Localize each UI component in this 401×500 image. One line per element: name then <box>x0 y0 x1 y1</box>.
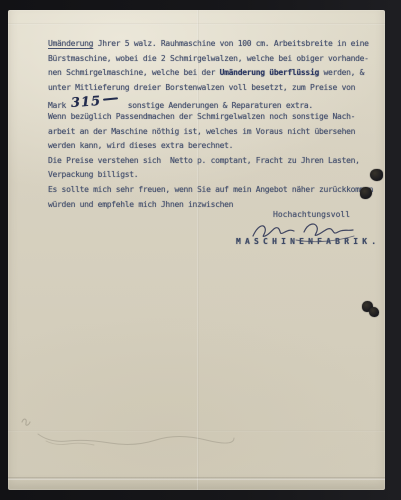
pencil-annotation <box>16 412 246 457</box>
handwritten-amount: 315 <box>70 94 101 111</box>
letter-line-11: Es sollte mich sehr freuen, wenn Sie auf… <box>48 185 383 200</box>
letter-line-8: werden kann, wird dieses extra berechnet… <box>48 141 383 156</box>
closing-salutation: Hochachtungsvoll <box>273 210 350 219</box>
paper-crease <box>8 477 385 480</box>
letter-line-3: nen Schmirgelmaschine, welche bei der Um… <box>48 68 383 83</box>
underlined-word: Umänderung <box>48 39 93 48</box>
ink-blot <box>370 169 383 181</box>
letter-line-10: Verpackung billigst. <box>48 170 383 185</box>
letter-body: Umänderung Jhrer 5 walz. Rauhmaschine vo… <box>48 39 383 214</box>
letter-line-3-pre: nen Schmirgelmaschine, welche bei der <box>48 68 220 77</box>
letter-line-6: Wenn bezüglich Passendmachen der Schmirg… <box>48 112 383 127</box>
paper-crease <box>8 23 385 25</box>
letter-line-5-post: sonstige Aenderungen & Reparaturen extra… <box>119 101 313 110</box>
emphasized-words: Umänderung überflüssig <box>220 68 319 77</box>
handwritten-dash <box>103 98 118 102</box>
company-name: MASCHINENFABRIK. <box>236 237 380 246</box>
letter-line-2: Bürstmaschine, wobei die 2 Schmirgelwalz… <box>48 54 383 69</box>
letter-line-5: Mark 315 sonstige Aenderungen & Reparatu… <box>48 97 383 112</box>
letter-line-3-post: werden, & <box>319 68 364 77</box>
letter-paper: Umänderung Jhrer 5 walz. Rauhmaschine vo… <box>8 10 385 490</box>
ink-blot <box>369 307 379 317</box>
letter-line-1-rest: Jhrer 5 walz. Rauhmaschine von 100 cm. A… <box>93 39 369 48</box>
letter-line-5-pre: Mark <box>48 101 71 110</box>
letter-line-7: arbeit an der Maschine nöthig ist, welch… <box>48 127 383 142</box>
letter-line-9: Die Preise verstehen sich Netto p. compt… <box>48 156 383 171</box>
photo-background: Umänderung Jhrer 5 walz. Rauhmaschine vo… <box>0 0 401 500</box>
letter-line-1: Umänderung Jhrer 5 walz. Rauhmaschine vo… <box>48 39 383 54</box>
